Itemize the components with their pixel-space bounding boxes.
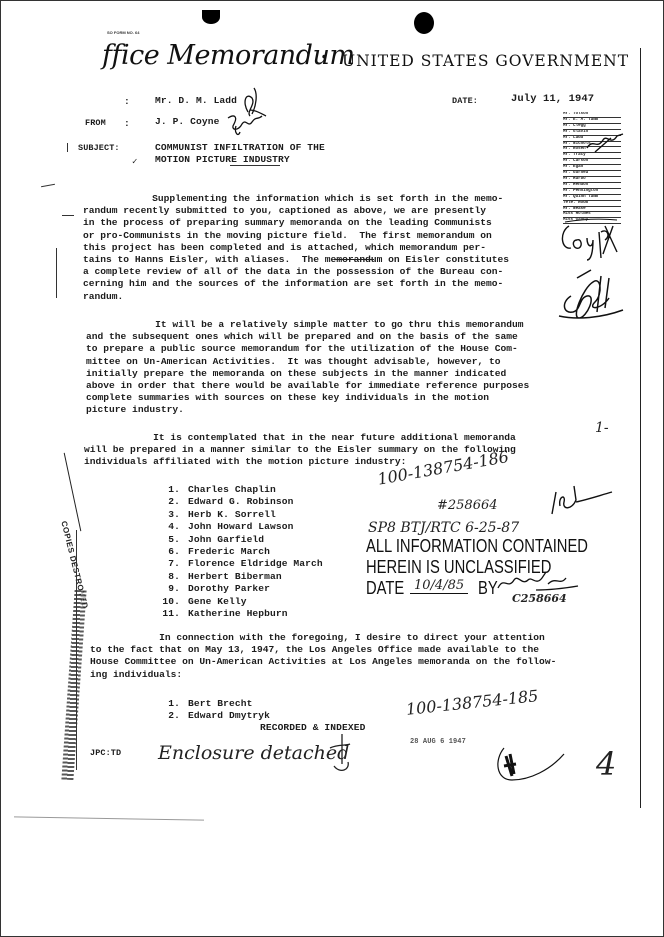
punch-hole-left [202, 10, 220, 24]
list-item-name: Edward G. Robinson [188, 496, 293, 507]
margin-bracket [56, 248, 57, 298]
list-item: 2.Edward G. Robinson [158, 496, 293, 507]
declass-date-value: 10/4/85 [410, 578, 468, 594]
paragraph-line: randum recently submitted to you, captio… [83, 205, 509, 217]
list-item-number: 9. [158, 583, 180, 594]
list-item-name: Frederic March [188, 546, 270, 557]
paragraph-line: picture industry. [86, 404, 529, 416]
paragraph-line: above in order that there would be avail… [86, 380, 529, 392]
initials-scribble-margin [557, 268, 627, 323]
paragraph-1: Supplementing the information which is s… [83, 193, 509, 303]
declass-by-label: BY [478, 578, 498, 599]
list-item: 5.John Garfield [158, 534, 264, 545]
attached-underline [334, 259, 374, 260]
list-item-name: John Howard Lawson [188, 521, 293, 532]
paragraph-line: complete summaries with sources on these… [86, 392, 529, 404]
declass-by-value: C258664 [512, 592, 567, 605]
to-label: : [124, 96, 130, 107]
list-item-name: Florence Eldridge March [188, 558, 323, 569]
subject-check-mark: ✓ [132, 157, 137, 167]
coyne-initials-handwriting [224, 110, 264, 140]
margin-page-number: 4 [596, 745, 616, 783]
list-item-number: 6. [158, 546, 180, 557]
paragraph-line: will be prepared in a manner similar to … [84, 444, 516, 456]
subject-underline [230, 165, 280, 166]
paragraph-line: cerning him and the sources of the infor… [83, 278, 509, 290]
list-item: 2.Edward Dmytryk [158, 710, 270, 721]
paragraph-line: and the subsequent ones which will be pr… [86, 331, 529, 343]
coyne-signature-margin [557, 218, 627, 263]
sp-note: SP8 BTJ/RTC 6-25-87 [368, 520, 519, 536]
date-value: July 11, 1947 [511, 93, 594, 105]
punch-hole-right [414, 12, 434, 34]
paragraph-line: House Committee on Un-American Activitie… [90, 656, 556, 668]
from-value: J. P. Coyne [155, 116, 219, 127]
list-item-name: Gene Kelly [188, 596, 247, 607]
list-item-number: 8. [158, 571, 180, 582]
list-item-number: 4. [158, 521, 180, 532]
list-item-name: Edward Dmytryk [188, 710, 270, 721]
list-item-name: John Garfield [188, 534, 264, 545]
memo-title-script: ffice Memorandum [102, 40, 354, 71]
date-stamp: 28 AUG 6 1947 [410, 738, 466, 746]
list-item: 3.Herb K. Sorrell [158, 509, 276, 520]
list-item-number: 2. [158, 496, 180, 507]
form-number: SO FORM NO. 64 [107, 30, 139, 35]
list-item-number: 3. [158, 509, 180, 520]
typist-initials: JPC:TD [90, 748, 121, 758]
list-item-number: 7. [158, 558, 180, 569]
paragraph-line: initially prepare the memoranda on these… [86, 368, 529, 380]
list-item: 1.Charles Chaplin [158, 484, 276, 495]
list-item: 9.Dorothy Parker [158, 583, 270, 594]
subject-line-2: MOTION PICTURE INDUSTRY [155, 154, 290, 165]
paragraph-line: In connection with the foregoing, I desi… [90, 632, 556, 644]
memo-title-agency: UNITED STATES GOVERNMENT [342, 52, 629, 70]
paragraph-line: mittee on Un-American Activities. It was… [86, 356, 529, 368]
title-bullet: • [320, 50, 328, 66]
paragraph-2: It will be a relatively simple matter to… [86, 319, 529, 417]
list-item-number: 10. [158, 596, 180, 607]
declass-line-1: ALL INFORMATION CONTAINED [366, 536, 588, 557]
list-item: 6.Frederic March [158, 546, 270, 557]
list-item-name: Katherine Hepburn [188, 608, 288, 619]
list-item-number: 5. [158, 534, 180, 545]
list-item-number: 1. [158, 484, 180, 495]
paragraph-line: a complete review of all of the data in … [83, 266, 509, 278]
list-item: 10.Gene Kelly [158, 596, 247, 607]
list-item-number: 1. [158, 698, 180, 709]
list-item: 8.Herbert Biberman [158, 571, 282, 582]
list-item-name: Herb K. Sorrell [188, 509, 276, 520]
list-item-number: 2. [158, 710, 180, 721]
list-item-number: 11. [158, 608, 180, 619]
paragraph-line: It will be a relatively simple matter to… [86, 319, 529, 331]
stamp-circle-scribble [490, 740, 570, 785]
list-item-name: Charles Chaplin [188, 484, 276, 495]
margin-vertical-line [76, 530, 77, 770]
list-item-name: Herbert Biberman [188, 571, 282, 582]
form-right-border [640, 48, 641, 808]
paragraph-4: In connection with the foregoing, I desi… [90, 632, 556, 681]
paragraph-line: It is contemplated that in the near futu… [84, 432, 516, 444]
declass-date-label: DATE [366, 578, 404, 599]
to-value: Mr. D. M. Ladd [155, 95, 237, 106]
from-label: FROM [85, 118, 106, 128]
list-item-name: Dorothy Parker [188, 583, 270, 594]
serial-number: #258664 [437, 498, 498, 513]
handwritten-one-margin: 1- [595, 420, 609, 436]
paragraph-line: or pro-Communists in the moving picture … [83, 230, 509, 242]
declass-signature [496, 570, 580, 594]
handwritten-mark-bottom [320, 730, 370, 780]
list-item: 7.Florence Eldridge March [158, 558, 323, 569]
margin-dash-2 [62, 215, 74, 216]
subject-line-1: COMMUNIST INFILTRATION OF THE [155, 142, 325, 153]
list-item: 1.Bert Brecht [158, 698, 252, 709]
paragraph-line: this project has been completed and is a… [83, 242, 509, 254]
list-item: 11.Katherine Hepburn [158, 608, 288, 619]
paragraph-line: to prepare a public source memorandum fo… [86, 343, 529, 355]
margin-tick [67, 143, 68, 152]
paragraph-line: tains to Hanns Eisler, with aliases. The… [83, 254, 509, 266]
from-sep: : [124, 118, 130, 129]
paragraph-line: randum. [83, 291, 509, 303]
paragraph-line: to the fact that on May 13, 1947, the Lo… [90, 644, 556, 656]
routing-checkmark-scribble [585, 132, 625, 154]
subject-label: SUBJECT: [78, 143, 120, 153]
list-item-name: Bert Brecht [188, 698, 252, 709]
date-label: DATE: [452, 96, 478, 106]
initials-scribble-right [546, 482, 616, 522]
paragraph-line: in the process of preparing summary memo… [83, 217, 509, 229]
routing-list: Mr. TolsonMr. E. A. TammMr. CleggMr. Gla… [563, 112, 621, 224]
list-item: 4.John Howard Lawson [158, 521, 293, 532]
paragraph-line: ing individuals: [90, 669, 556, 681]
paragraph-line: Supplementing the information which is s… [83, 193, 509, 205]
